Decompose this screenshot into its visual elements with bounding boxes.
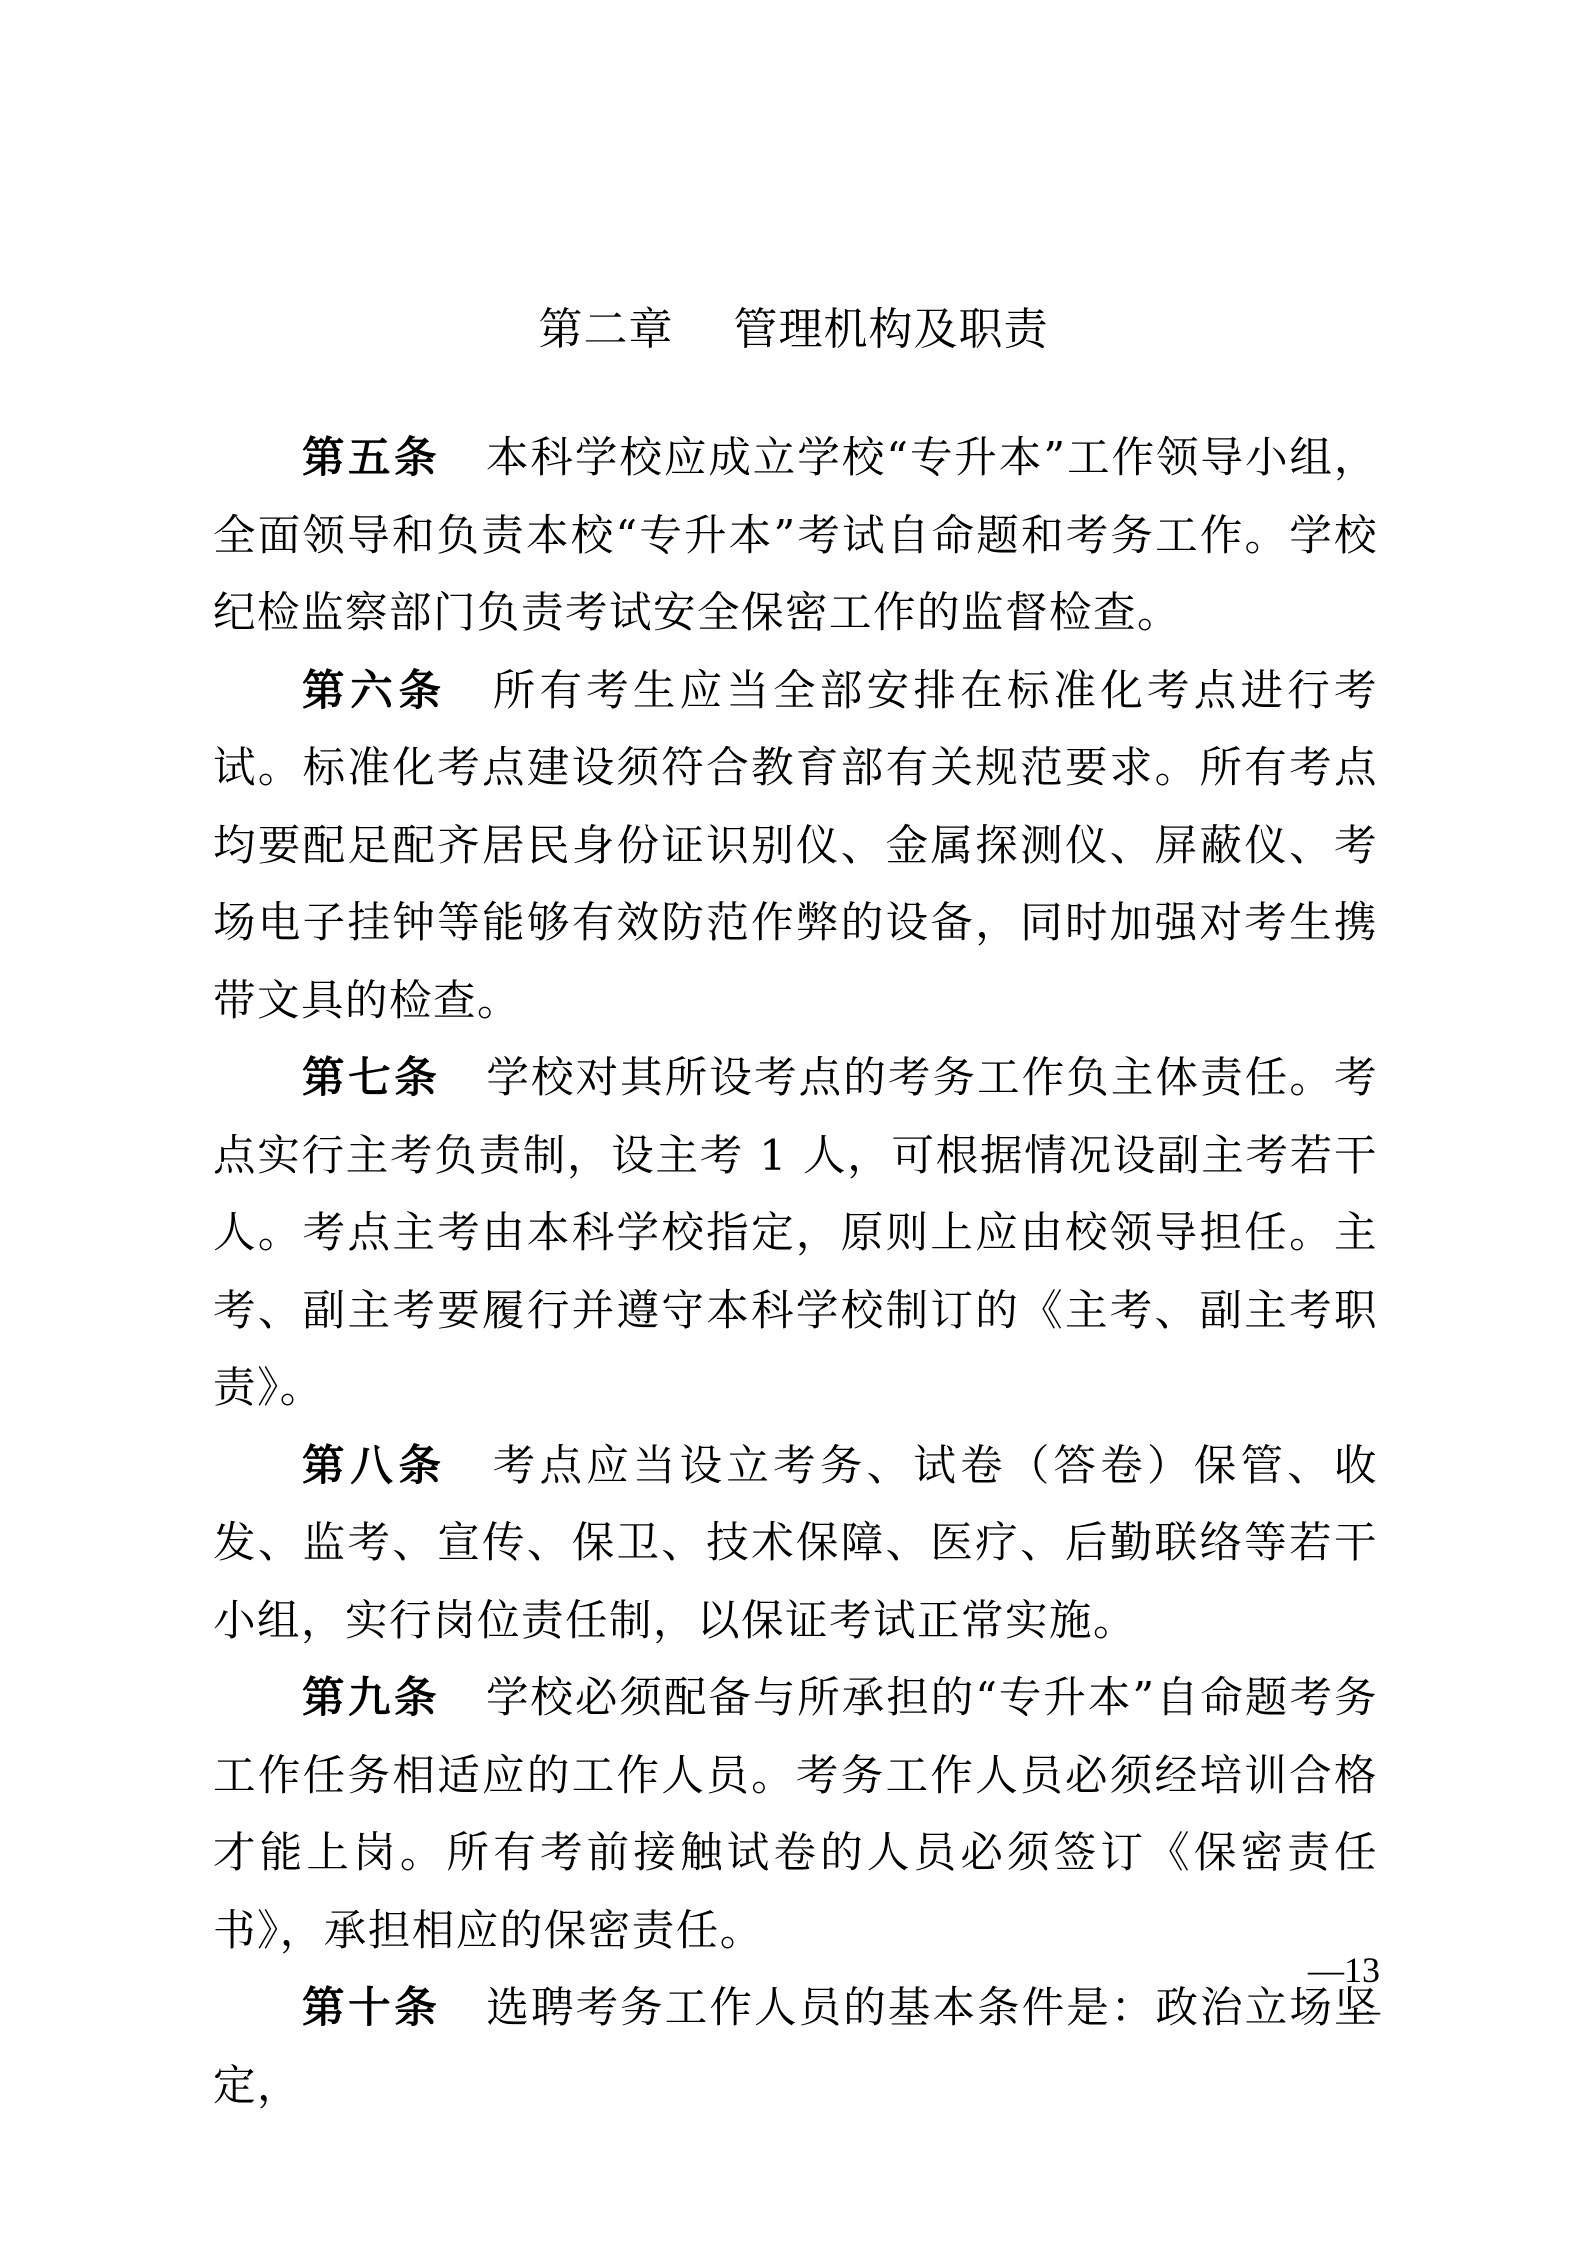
article-text: 学校对其所设考点的考务工作负主体责任。考点实行主考负责制，设主考 1 人，可根据…: [213, 1054, 1378, 1413]
article-label: 第五条: [302, 434, 440, 483]
article-label: 第八条: [302, 1442, 447, 1491]
chapter-body: 第五条本科学校应成立学校“专升本”工作领导小组，全面领导和负责本校“专升本”考试…: [213, 420, 1378, 2125]
chapter-heading: 第二章管理机构及职责: [0, 300, 1587, 360]
page-number: —13—: [1300, 1950, 1380, 2030]
article-label: 第六条: [302, 667, 447, 716]
article-10: 第十条选聘考务工作人员的基本条件是：政治立场坚定，: [213, 1970, 1378, 2125]
article-text: 所有考生应当全部安排在标准化考点进行考试。标准化考点建设须符合教育部有关规范要求…: [213, 667, 1378, 1026]
article-label: 第十条: [302, 1984, 440, 2033]
document-page: 第二章管理机构及职责 第五条本科学校应成立学校“专升本”工作领导小组，全面领导和…: [0, 0, 1587, 2245]
article-label: 第七条: [302, 1054, 440, 1103]
chapter-number: 第二章: [539, 304, 674, 355]
article-5: 第五条本科学校应成立学校“专升本”工作领导小组，全面领导和负责本校“专升本”考试…: [213, 420, 1378, 653]
article-8: 第八条考点应当设立考务、试卷（答卷）保管、收发、监考、宣传、保卫、技术保障、医疗…: [213, 1428, 1378, 1661]
article-6: 第六条所有考生应当全部安排在标准化考点进行考试。标准化考点建设须符合教育部有关规…: [213, 653, 1378, 1041]
chapter-title: 管理机构及职责: [734, 304, 1049, 355]
article-label: 第九条: [302, 1674, 440, 1723]
article-7: 第七条学校对其所设考点的考务工作负主体责任。考点实行主考负责制，设主考 1 人，…: [213, 1040, 1378, 1428]
article-9: 第九条学校必须配备与所承担的“专升本”自命题考务工作任务相适应的工作人员。考务工…: [213, 1660, 1378, 1970]
